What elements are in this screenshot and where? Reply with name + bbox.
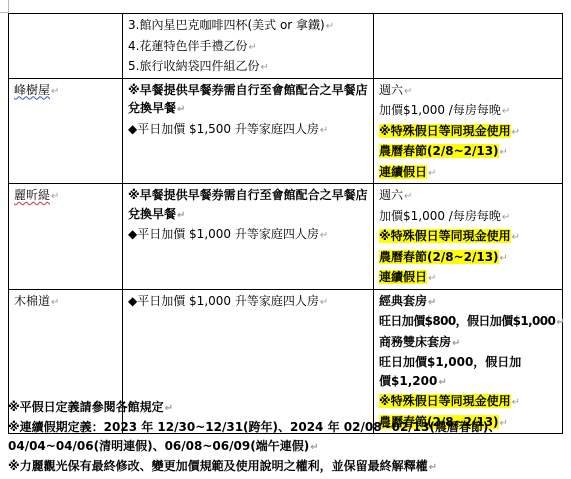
upgrade-price: ◆平日加價 $1,000 升等家庭四人房↵ bbox=[128, 225, 368, 246]
paragraph-mark-icon: ↵ bbox=[512, 232, 520, 243]
pricing-cell: 週六↵ 加價$1,000 /每房每晚↵ ※特殊假日等同現金使用↵ 農曆春節(2/… bbox=[374, 184, 563, 290]
holiday-lunar-new-year: 農曆春節(2/8~2/13)↵ bbox=[379, 248, 557, 269]
note-weekday-definition: ※平假日定義請參閱各館規定↵ bbox=[8, 398, 568, 418]
detail-line: 3.館內星巴克咖啡四杯(美式 or 拿鐵)↵ bbox=[128, 16, 368, 37]
holiday-consecutive: 連續假日↵ bbox=[379, 268, 557, 289]
paragraph-mark-icon: ↵ bbox=[320, 230, 328, 241]
paragraph-mark-icon: ↵ bbox=[51, 297, 59, 308]
hotel-name: 峰樹屋 bbox=[14, 83, 50, 97]
room-type-business-twin: 商務雙床套房↵ bbox=[379, 333, 557, 354]
paragraph-mark-icon: ↵ bbox=[177, 104, 185, 115]
paragraph-mark-icon: ↵ bbox=[500, 147, 508, 158]
pricing-cell: 週六↵ 加價$1,000 /每房每晚↵ ※特殊假日等同現金使用↵ 農曆春節(2/… bbox=[374, 78, 563, 184]
paragraph-mark-icon: ↵ bbox=[404, 86, 412, 97]
paragraph-mark-icon: ↵ bbox=[248, 42, 256, 53]
paragraph-mark-icon: ↵ bbox=[320, 125, 328, 136]
paragraph-mark-icon: ↵ bbox=[428, 168, 436, 179]
note-rights-reserved: ※力麗觀光保有最終修改、變更加價規範及使用說明之權利，並保留最終解釋權↵ bbox=[8, 457, 568, 477]
pricing-price: 加價$1,000 /每房每晚↵ bbox=[379, 207, 557, 228]
detail-line: 4.花蓮特色伴手禮乙份↵ bbox=[128, 37, 368, 58]
paragraph-mark-icon: ↵ bbox=[556, 317, 564, 328]
paragraph-mark-icon: ↵ bbox=[512, 127, 520, 138]
paragraph-mark-icon: ↵ bbox=[502, 212, 510, 223]
hotel-name-cell: 麗昕緹↵ bbox=[9, 184, 123, 290]
hotel-name-cell bbox=[9, 14, 123, 79]
paragraph-mark-icon: ↵ bbox=[428, 297, 436, 308]
special-holiday-note: ※特殊假日等同現金使用↵ bbox=[379, 227, 557, 248]
details-cell: ※早餐提供早餐券需自行至會館配合之早餐店兌換早餐↵ ◆平日加價 $1,000 升… bbox=[123, 184, 374, 290]
pricing-day: 週六↵ bbox=[379, 81, 557, 102]
paragraph-mark-icon: ↵ bbox=[438, 377, 446, 388]
paragraph-mark-icon: ↵ bbox=[310, 442, 318, 453]
breakfast-note: ※早餐提供早餐券需自行至會館配合之早餐店兌換早餐↵ bbox=[128, 81, 368, 120]
detail-line: 5.旅行收納袋四件組乙份↵ bbox=[128, 57, 368, 78]
room-type-classic: 經典套房↵ bbox=[379, 292, 557, 313]
paragraph-mark-icon: ↵ bbox=[428, 273, 436, 284]
paragraph-mark-icon: ↵ bbox=[260, 62, 268, 73]
hotel-upgrade-table: 3.館內星巴克咖啡四杯(美式 or 拿鐵)↵ 4.花蓮特色伴手禮乙份↵ 5.旅行… bbox=[8, 13, 563, 434]
table-row: 峰樹屋↵ ※早餐提供早餐券需自行至會館配合之早餐店兌換早餐↵ ◆平日加價 $1,… bbox=[9, 78, 563, 184]
paragraph-mark-icon: ↵ bbox=[51, 191, 59, 202]
table-row: 麗昕緹↵ ※早餐提供早餐券需自行至會館配合之早餐店兌換早餐↵ ◆平日加價 $1,… bbox=[9, 184, 563, 290]
table-row: 3.館內星巴克咖啡四杯(美式 or 拿鐵)↵ 4.花蓮特色伴手禮乙份↵ 5.旅行… bbox=[9, 14, 563, 79]
page-corner-mark bbox=[0, 0, 9, 13]
holiday-consecutive: 連續假日↵ bbox=[379, 163, 557, 184]
paragraph-mark-icon: ↵ bbox=[452, 338, 460, 349]
pricing-price: 加價$1,000 /每房每晚↵ bbox=[379, 101, 557, 122]
special-holiday-note: ※特殊假日等同現金使用↵ bbox=[379, 122, 557, 143]
note-holiday-definition: ※連續假期定義：2023 年 12/30~12/31(跨年)、2024 年 02… bbox=[8, 418, 568, 457]
pricing-day: 週六↵ bbox=[379, 186, 557, 207]
footnotes: ※平假日定義請參閱各館規定↵ ※連續假期定義：2023 年 12/30~12/3… bbox=[8, 398, 568, 477]
details-cell: ※早餐提供早餐券需自行至會館配合之早餐店兌換早餐↵ ◆平日加價 $1,500 升… bbox=[123, 78, 374, 184]
room-classic-price: 旺日加價$800，假日加價$1,000↵ bbox=[379, 312, 557, 333]
paragraph-mark-icon: ↵ bbox=[502, 106, 510, 117]
paragraph-mark-icon: ↵ bbox=[165, 403, 173, 414]
upgrade-price: ◆平日加價 $1,500 升等家庭四人房↵ bbox=[128, 120, 368, 141]
paragraph-mark-icon: ↵ bbox=[500, 253, 508, 264]
paragraph-mark-icon: ↵ bbox=[404, 191, 412, 202]
holiday-lunar-new-year: 農曆春節(2/8~2/13)↵ bbox=[379, 142, 557, 163]
hotel-name: 木棉道 bbox=[14, 294, 50, 308]
breakfast-note: ※早餐提供早餐券需自行至會館配合之早餐店兌換早餐↵ bbox=[128, 186, 368, 225]
paragraph-mark-icon: ↵ bbox=[320, 297, 328, 308]
hotel-name-cell: 峰樹屋↵ bbox=[9, 78, 123, 184]
details-cell: 3.館內星巴克咖啡四杯(美式 or 拿鐵)↵ 4.花蓮特色伴手禮乙份↵ 5.旅行… bbox=[123, 14, 374, 79]
paragraph-mark-icon: ↵ bbox=[177, 210, 185, 221]
paragraph-mark-icon: ↵ bbox=[429, 462, 437, 473]
upgrade-price: ◆平日加價 $1,000 升等家庭四人房↵ bbox=[128, 292, 368, 313]
room-business-price: 旺日加價$1,000，假日加價$1,200↵ bbox=[379, 353, 529, 392]
paragraph-mark-icon: ↵ bbox=[51, 86, 59, 97]
pricing-cell bbox=[374, 14, 563, 79]
paragraph-mark-icon: ↵ bbox=[326, 21, 334, 32]
hotel-name: 麗昕緹 bbox=[14, 188, 50, 202]
